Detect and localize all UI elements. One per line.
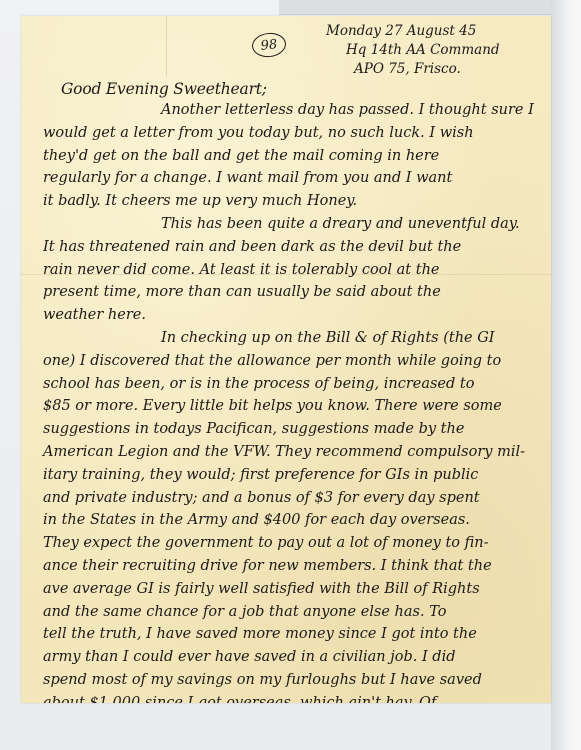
letter-line: ave average GI is fairly well satisfied … bbox=[43, 579, 480, 599]
letter-line: regularly for a change. I want mail from… bbox=[43, 168, 452, 188]
letter-line: present time, more than can usually be s… bbox=[43, 282, 441, 302]
letter-line: one) I discovered that the allowance per… bbox=[43, 351, 501, 371]
letter-line: and private industry; and a bonus of $3 … bbox=[43, 488, 480, 508]
letter-line: It has threatened rain and been dark as … bbox=[43, 237, 461, 257]
letter-line: rain never did come. At least it is tole… bbox=[43, 260, 439, 280]
letter-line: ance their recruiting drive for new memb… bbox=[43, 556, 492, 576]
letter-line: would get a letter from you today but, n… bbox=[43, 123, 474, 143]
letter-line: about $1,000 since I got overseas, which… bbox=[43, 693, 436, 703]
letter-line: They expect the government to pay out a … bbox=[43, 533, 489, 553]
letter-line: Another letterless day has passed. I tho… bbox=[161, 100, 534, 120]
letter-line: itary training, they would; first prefer… bbox=[43, 465, 478, 485]
letter-line: they'd get on the ball and get the mail … bbox=[43, 146, 439, 166]
letter-line: American Legion and the VFW. They recomm… bbox=[43, 442, 525, 462]
letter-line: in the States in the Army and $400 for e… bbox=[43, 510, 470, 530]
letter-body: Another letterless day has passed. I tho… bbox=[21, 16, 551, 703]
scanner-strip bbox=[279, 0, 551, 15]
letter-paper: 98 Monday 27 August 45 Hq 14th AA Comman… bbox=[21, 16, 551, 703]
letter-line: and the same chance for a job that anyon… bbox=[43, 602, 446, 622]
letter-line: it badly. It cheers me up very much Hone… bbox=[43, 191, 357, 211]
letter-line: tell the truth, I have saved more money … bbox=[43, 624, 477, 644]
letter-line: spend most of my savings on my furloughs… bbox=[43, 670, 482, 690]
letter-line: weather here. bbox=[43, 305, 146, 325]
letter-line: suggestions in todays Pacifican, suggest… bbox=[43, 419, 464, 439]
letter-line: school has been, or is in the process of… bbox=[43, 374, 474, 394]
scanner-right-edge bbox=[551, 0, 581, 750]
letter-line: In checking up on the Bill & of Rights (… bbox=[161, 328, 495, 348]
letter-line: army than I could ever have saved in a c… bbox=[43, 647, 456, 667]
letter-line: This has been quite a dreary and unevent… bbox=[161, 214, 520, 234]
letter-line: $85 or more. Every little bit helps you … bbox=[43, 396, 502, 416]
